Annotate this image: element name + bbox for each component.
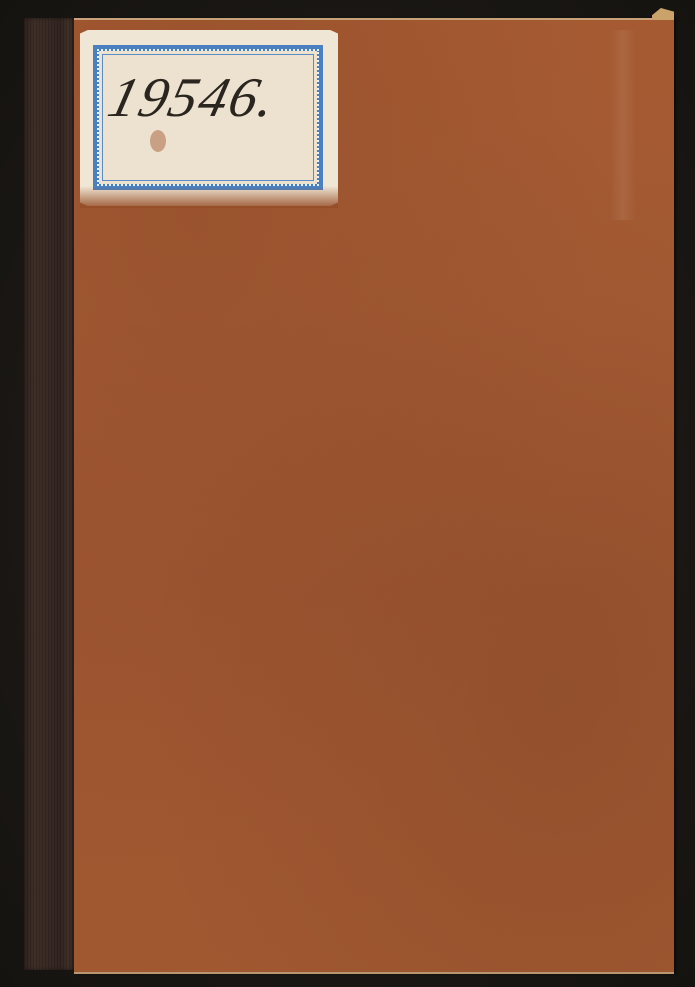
label-stain [150,130,166,152]
catalog-number: 19546. [102,66,318,130]
catalog-label: 19546. [80,30,338,206]
book-spine [24,18,76,970]
label-torn-edge [80,186,338,208]
